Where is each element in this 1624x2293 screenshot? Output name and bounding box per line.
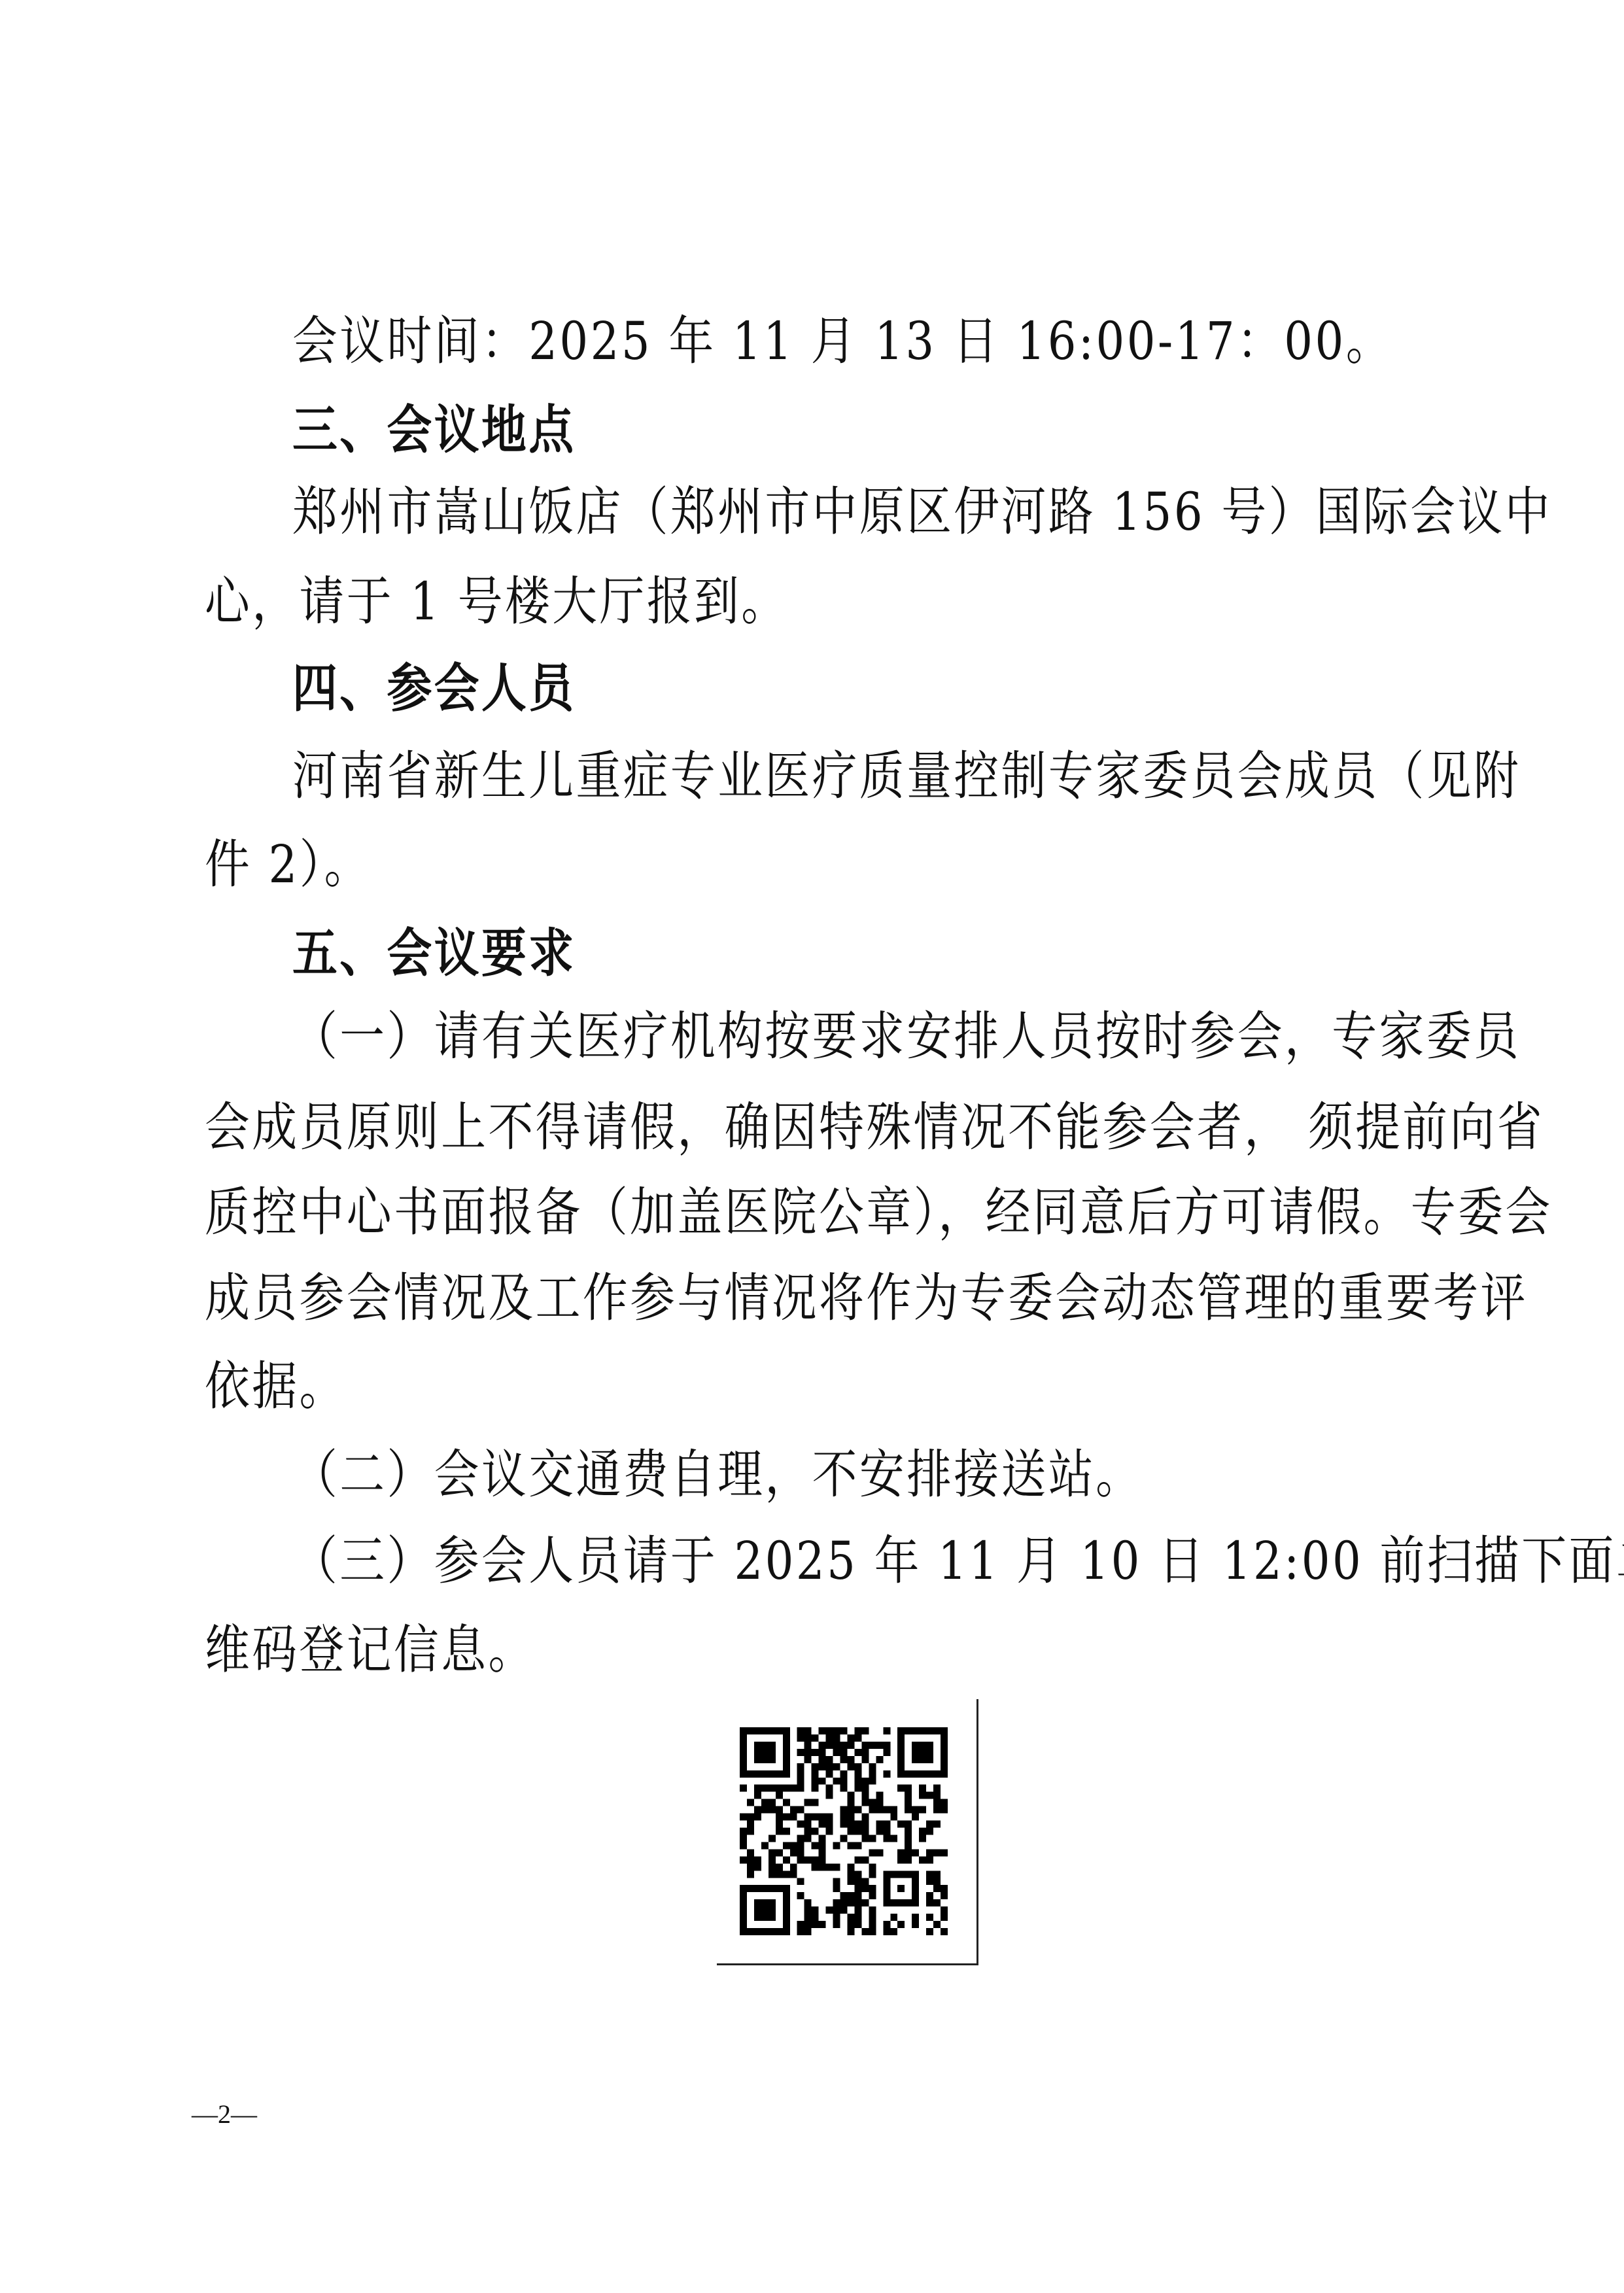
line-10: 质控中心书面报备（加盖医院公章），经同意后方可请假。专委会	[205, 1180, 1553, 1245]
section-heading-location: 三、会议地点	[292, 398, 576, 463]
line-13: （二）会议交通费自理，不安排接送站。	[292, 1442, 1143, 1508]
line-9: 会成员原则上不得请假，确因特殊情况不能参会者， 须提前向省	[205, 1095, 1544, 1160]
qr-frame-right-border	[976, 1699, 978, 1965]
line-11: 成员参会情况及工作参与情况将作为专委会动态管理的重要考评	[205, 1266, 1528, 1331]
line-6: 件 2）。	[205, 832, 371, 897]
line-0: 会议时间：2025 年 11 月 13 日 16:00-17：00。	[292, 309, 1393, 374]
page-number: —2—	[192, 2098, 257, 2131]
line-15: 维码登记信息。	[205, 1617, 536, 1683]
line-12: 依据。	[205, 1354, 347, 1419]
qr-code-icon[interactable]	[740, 1727, 948, 1935]
line-2: 郑州市嵩山饭店（郑州市中原区伊河路 156 号）国际会议中	[292, 479, 1552, 545]
section-heading-attendees: 四、参会人员	[292, 656, 576, 721]
line-14: （三）参会人员请于 2025 年 11 月 10 日 12:00 前扫描下面二	[292, 1528, 1624, 1594]
line-3: 心，请于 1 号楼大厅报到。	[205, 569, 788, 634]
section-heading-requirements: 五、会议要求	[292, 921, 576, 986]
line-8: （一）请有关医疗机构按要求安排人员按时参会，专家委员	[292, 1004, 1521, 1069]
line-5: 河南省新生儿重症专业医疗质量控制专家委员会成员（见附	[292, 744, 1521, 809]
qr-frame-bottom-border	[717, 1963, 978, 1965]
